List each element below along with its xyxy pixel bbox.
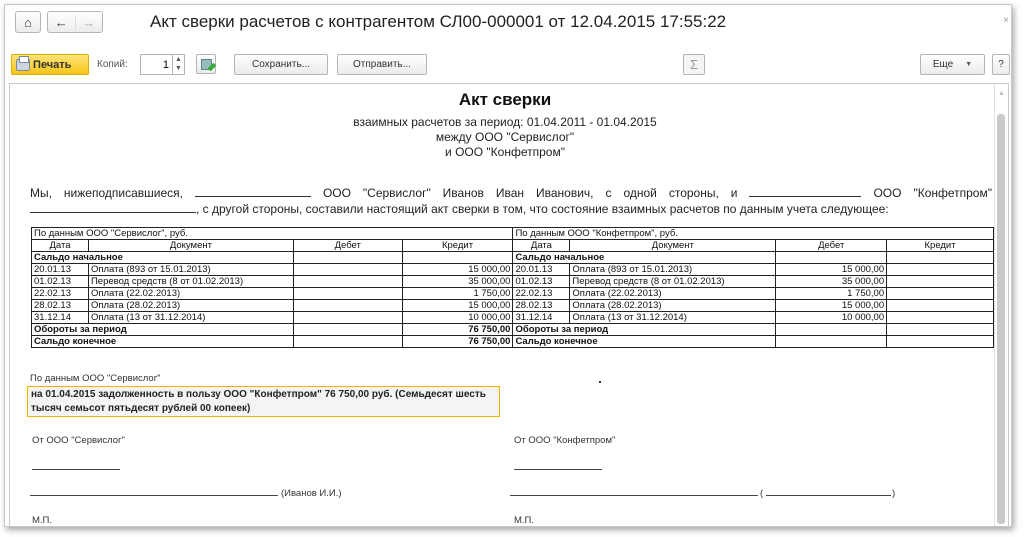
forward-button[interactable]: →: [75, 15, 103, 30]
more-button[interactable]: Еще ▼: [920, 54, 985, 75]
document-title: Акт сверки: [10, 90, 1000, 110]
cell-date: 28.02.13: [32, 300, 89, 312]
closing-label: Сальдо конечное: [513, 336, 776, 348]
cell-right-doc: Оплата (28.02.2013): [570, 300, 776, 312]
spin-up-icon[interactable]: ▲: [173, 55, 184, 64]
cell-date: 20.01.13: [32, 264, 89, 276]
cell-date: 22.02.13: [32, 288, 89, 300]
copies-spin[interactable]: ▲ ▼: [172, 55, 184, 74]
spin-down-icon[interactable]: ▼: [173, 64, 184, 73]
cell-date: 31.12.14: [32, 312, 89, 324]
cell-right-doc: Оплата (13 от 31.12.2014): [570, 312, 776, 324]
blank-line: [195, 186, 311, 197]
cell-right-debit: 35 000,00: [776, 276, 887, 288]
back-button[interactable]: ←: [48, 15, 75, 30]
right-paren-close: ): [892, 488, 895, 499]
arrow-left-icon: ←: [55, 15, 68, 30]
left-turnover-credit: 76 750,00: [402, 324, 513, 336]
cell-left-credit: 15 000,00: [402, 300, 513, 312]
stray-dot: [599, 381, 601, 383]
left-closing-credit: 76 750,00: [402, 336, 513, 348]
copies-value[interactable]: 1: [141, 59, 172, 71]
cell-right-date: 20.01.13: [513, 264, 570, 276]
table-body: 20.01.13Оплата (893 от 15.01.2013)15 000…: [32, 264, 994, 324]
col-header: Дата: [32, 240, 89, 252]
cell-right-credit: [887, 264, 994, 276]
left-signatory: От ООО "Сервислог": [32, 435, 125, 446]
document-party-1: между ООО "Сервислог": [10, 130, 1000, 144]
cell-right-date: 22.02.13: [513, 288, 570, 300]
sigma-icon: Σ: [690, 57, 698, 72]
save-button[interactable]: Сохранить...: [234, 54, 328, 75]
left-caption: По данным ООО "Сервислог", руб.: [32, 228, 513, 240]
cell-right-credit: [887, 312, 994, 324]
cell-left-debit: [293, 264, 402, 276]
more-label: Еще: [933, 59, 953, 70]
cell-right-credit: [887, 300, 994, 312]
scroll-thumb[interactable]: [997, 114, 1005, 524]
col-header: Кредит: [887, 240, 994, 252]
scroll-up-icon[interactable]: ▲: [998, 90, 1005, 97]
table-row: 01.02.13Перевод средств (8 от 01.02.2013…: [32, 276, 994, 288]
right-signatory: От ООО "Конфетпром": [514, 435, 615, 446]
cell-right-doc: Оплата (22.02.2013): [570, 288, 776, 300]
cell-left-credit: 1 750,00: [402, 288, 513, 300]
cell-doc: Перевод средств (8 от 01.02.2013): [88, 276, 293, 288]
cell-right-date: 01.02.13: [513, 276, 570, 288]
right-stamp: М.П.: [514, 515, 534, 526]
cell: [776, 336, 887, 348]
print-button[interactable]: Печать: [11, 54, 89, 75]
right-caption: По данным ООО "Конфетпром", руб.: [513, 228, 994, 240]
help-button[interactable]: ?: [992, 54, 1010, 75]
cell: [776, 252, 887, 264]
cell-right-doc: Перевод средств (8 от 01.02.2013): [570, 276, 776, 288]
home-icon: ⌂: [24, 15, 32, 30]
right-name-line: [766, 495, 891, 496]
reconciliation-table: По данным ООО "Сервислог", руб. По данны…: [31, 227, 994, 348]
print-label: Печать: [33, 59, 71, 71]
window-title: Акт сверки расчетов с контрагентом СЛ00-…: [150, 12, 726, 32]
edit-document-button[interactable]: [196, 54, 216, 74]
chevron-down-icon: ▼: [965, 61, 972, 68]
cell-right-doc: Оплата (893 от 15.01.2013): [570, 264, 776, 276]
blank-line: [30, 202, 196, 213]
debt-summary-cell[interactable]: на 01.04.2015 задолженность в пользу ООО…: [27, 386, 500, 417]
vertical-scrollbar[interactable]: ▲: [994, 84, 1008, 526]
cell-left-debit: [293, 288, 402, 300]
cell-left-debit: [293, 300, 402, 312]
closing-label: Сальдо конечное: [32, 336, 294, 348]
opening-label: Сальдо начальное: [513, 252, 776, 264]
table-header-row: Дата Документ Дебет Кредит Дата Документ…: [32, 240, 994, 252]
cell-left-credit: 15 000,00: [402, 264, 513, 276]
copies-label: Копий:: [97, 59, 128, 70]
left-stamp: М.П.: [32, 515, 52, 526]
cell: [887, 324, 994, 336]
arrow-right-icon: →: [82, 15, 95, 30]
col-header: Дебет: [293, 240, 402, 252]
cell-right-credit: [887, 288, 994, 300]
turnover-label: Обороты за период: [32, 324, 294, 336]
cell-right-debit: 15 000,00: [776, 300, 887, 312]
cell-right-credit: [887, 276, 994, 288]
col-header: Кредит: [402, 240, 513, 252]
blank-line: [749, 186, 861, 197]
left-position-line: [32, 469, 120, 470]
cell-right-debit: 15 000,00: [776, 264, 887, 276]
cell-left-debit: [293, 276, 402, 288]
cell: [293, 252, 402, 264]
cell-right-debit: 1 750,00: [776, 288, 887, 300]
intro-text: ООО "Сервислог" Иванов Иван Иванович, с …: [323, 186, 738, 200]
turnover-row: Обороты за период 76 750,00 Обороты за п…: [32, 324, 994, 336]
table-caption-row: По данным ООО "Сервислог", руб. По данны…: [32, 228, 994, 240]
cell: [293, 324, 402, 336]
copies-stepper[interactable]: 1 ▲ ▼: [140, 54, 185, 75]
edit-table-icon: [201, 59, 212, 70]
debt-label: По данным ООО "Сервислог": [30, 373, 161, 384]
cell-right-debit: 10 000,00: [776, 312, 887, 324]
cell: [887, 336, 994, 348]
home-button[interactable]: ⌂: [15, 11, 41, 33]
col-header: Документ: [570, 240, 776, 252]
cell: [402, 252, 513, 264]
intro-text: Мы, нижеподписавшиеся,: [30, 186, 183, 200]
left-signature-line: [30, 495, 278, 496]
printer-icon: [16, 59, 30, 71]
cell: [887, 252, 994, 264]
intro-line-2: , с другой стороны, составили настоящий …: [30, 202, 992, 216]
right-signature-line: [510, 495, 758, 496]
opening-balance-row: Сальдо начальное Сальдо начальное: [32, 252, 994, 264]
right-paren-open: (: [760, 488, 763, 499]
right-position-line: [514, 469, 602, 470]
send-button[interactable]: Отправить...: [337, 54, 427, 75]
intro-text: ООО "Конфетпром": [873, 186, 992, 200]
cell-left-credit: 10 000,00: [402, 312, 513, 324]
history-nav: ← →: [47, 11, 103, 33]
cell-left-debit: [293, 312, 402, 324]
cell-doc: Оплата (28.02.2013): [88, 300, 293, 312]
document-period: взаимных расчетов за период: 01.04.2011 …: [10, 115, 1000, 129]
col-header: Документ: [88, 240, 293, 252]
table-row: 28.02.13Оплата (28.02.2013)15 000,0028.0…: [32, 300, 994, 312]
close-icon[interactable]: ×: [1003, 15, 1009, 26]
table-row: 31.12.14Оплата (13 от 31.12.2014)10 000,…: [32, 312, 994, 324]
cell-left-credit: 35 000,00: [402, 276, 513, 288]
turnover-label: Обороты за период: [513, 324, 776, 336]
sum-button[interactable]: Σ: [683, 54, 705, 75]
cell-right-date: 31.12.14: [513, 312, 570, 324]
cell-doc: Оплата (13 от 31.12.2014): [88, 312, 293, 324]
cell: [776, 324, 887, 336]
left-signatory-name: (Иванов И.И.): [281, 488, 342, 499]
table-row: 20.01.13Оплата (893 от 15.01.2013)15 000…: [32, 264, 994, 276]
col-header: Дебет: [776, 240, 887, 252]
report-window: ⌂ ← → Акт сверки расчетов с контрагентом…: [4, 4, 1012, 527]
intro-line-1: Мы, нижеподписавшиеся, ООО "Сервислог" И…: [30, 186, 992, 200]
cell-doc: Оплата (22.02.2013): [88, 288, 293, 300]
col-header: Дата: [513, 240, 570, 252]
cell-right-date: 28.02.13: [513, 300, 570, 312]
intro-text: , с другой стороны, составили настоящий …: [196, 202, 889, 216]
opening-label: Сальдо начальное: [32, 252, 294, 264]
closing-balance-row: Сальдо конечное 76 750,00 Сальдо конечно…: [32, 336, 994, 348]
spreadsheet-document: Акт сверки взаимных расчетов за период: …: [9, 83, 1009, 527]
table-row: 22.02.13Оплата (22.02.2013)1 750,0022.02…: [32, 288, 994, 300]
toolbar: Печать Копий: 1 ▲ ▼ Сохранить... Отправи…: [5, 53, 1011, 79]
document-party-2: и ООО "Конфетпром": [10, 145, 1000, 159]
cell: [293, 336, 402, 348]
title-bar: ⌂ ← → Акт сверки расчетов с контрагентом…: [5, 5, 1011, 45]
cell-doc: Оплата (893 от 15.01.2013): [88, 264, 293, 276]
cell-date: 01.02.13: [32, 276, 89, 288]
